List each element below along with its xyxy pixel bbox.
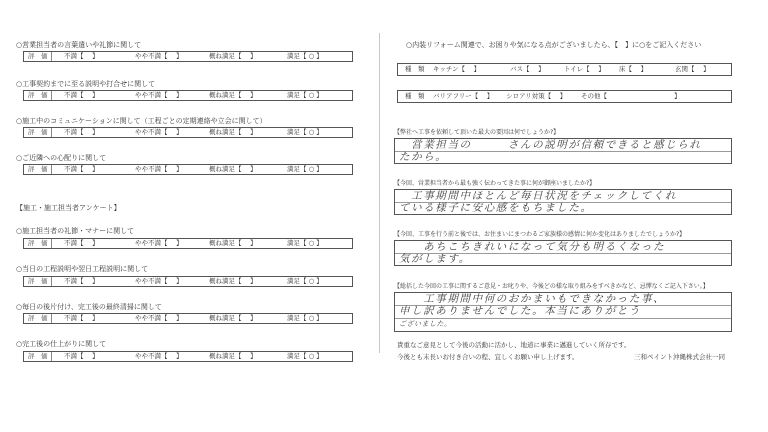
- rating-divider: [51, 165, 52, 174]
- rating-option-satisfied[interactable]: 満足【 ○ 】: [287, 165, 323, 174]
- category-termite[interactable]: シロアリ対策【 】: [506, 91, 566, 102]
- rating-head: 評 価: [28, 277, 48, 286]
- rating-option-mostly-satisfied[interactable]: 概ね満足【 】: [209, 52, 257, 61]
- question-label: ○ご近隣への心配りに関して: [16, 154, 106, 163]
- rating-option-mostly-satisfied[interactable]: 概ね満足【 】: [209, 128, 257, 137]
- rating-head: 評 価: [28, 128, 48, 137]
- rating-divider: [51, 352, 52, 361]
- rating-divider: [51, 52, 52, 61]
- rating-divider: [51, 91, 52, 100]
- rating-row: 評 価 不満【 】 やや不満【 】 概ね満足【 】 満足【 ○ 】: [23, 127, 353, 138]
- section-title: 【施工・施工担当者アンケート】: [16, 204, 121, 213]
- page-divider: [379, 33, 380, 353]
- handwritten-line: たから。: [399, 151, 447, 164]
- question-label: ○毎日の後片付け、完工後の最終清掃に関して: [16, 303, 162, 312]
- rating-option-somewhat-dissatisfied[interactable]: やや不満【 】: [135, 352, 183, 361]
- rating-option-satisfied[interactable]: 満足【 ○ 】: [287, 314, 323, 323]
- rating-option-somewhat-dissatisfied[interactable]: やや不満【 】: [135, 165, 183, 174]
- rating-option-dissatisfied[interactable]: 不満【 】: [64, 314, 99, 323]
- category-bath[interactable]: バス【 】: [510, 64, 545, 75]
- category-row: 種 類 キッチン【 】 バス【 】 トイレ【 】 床【 】 玄関【 】: [397, 63, 732, 76]
- rating-option-mostly-satisfied[interactable]: 概ね満足【 】: [209, 239, 257, 248]
- question-label: ○工事契約までに至る説明や打合せに関して: [16, 80, 155, 89]
- rating-option-dissatisfied[interactable]: 不満【 】: [64, 277, 99, 286]
- handwritten-line: ございました。: [399, 320, 452, 328]
- category-floor[interactable]: 床【 】: [619, 64, 647, 75]
- question-label: ○施工担当者の礼節・マナーに関して: [16, 227, 134, 236]
- rating-option-satisfied[interactable]: 満足【 ○ 】: [287, 239, 323, 248]
- question-label: ○施工中のコミュニケーションに関して（工程ごとの定期連絡や立会に関して）: [16, 117, 267, 126]
- rating-option-dissatisfied[interactable]: 不満【 】: [64, 352, 99, 361]
- rating-head: 評 価: [28, 52, 48, 61]
- question-label: ○完工後の仕上がりに関して: [16, 340, 106, 349]
- rating-head: 評 価: [28, 239, 48, 248]
- free-answer-box[interactable]: 営業担当の さんの説明が信頼できると感じられ たから。: [394, 138, 732, 164]
- rating-head: 評 価: [28, 165, 48, 174]
- rating-divider: [51, 277, 52, 286]
- rating-option-mostly-satisfied[interactable]: 概ね満足【 】: [209, 277, 257, 286]
- rating-option-satisfied[interactable]: 満足【 ○ 】: [287, 128, 323, 137]
- rating-option-somewhat-dissatisfied[interactable]: やや不満【 】: [135, 52, 183, 61]
- handwritten-line: 申し訳ありませんでした。本当にありがとう: [399, 305, 641, 318]
- rating-row: 評 価 不満【 】 やや不満【 】 概ね満足【 】 満足【 ○ 】: [23, 51, 353, 62]
- free-answer-title: 【今回、営業担当者から最も強く伝わってきた事に何が御座いましたか?】: [394, 180, 595, 188]
- category-toilet[interactable]: トイレ【 】: [564, 64, 605, 75]
- handwritten-line: 気がします。: [399, 253, 471, 266]
- rating-option-dissatisfied[interactable]: 不満【 】: [64, 128, 99, 137]
- question-label: ○当日の工程説明や翌日工程説明に関して: [16, 265, 148, 274]
- rating-divider: [51, 239, 52, 248]
- rating-option-somewhat-dissatisfied[interactable]: やや不満【 】: [135, 277, 183, 286]
- rating-option-satisfied[interactable]: 満足【 ○ 】: [287, 52, 323, 61]
- rating-option-dissatisfied[interactable]: 不満【 】: [64, 165, 99, 174]
- category-kitchen[interactable]: キッチン【 】: [433, 64, 480, 75]
- free-answer-box[interactable]: 工事期間中何のおかまいもできなかった事、 申し訳ありませんでした。本当にありがと…: [394, 292, 732, 332]
- rating-head: 評 価: [28, 352, 48, 361]
- rating-option-somewhat-dissatisfied[interactable]: やや不満【 】: [135, 128, 183, 137]
- rating-option-dissatisfied[interactable]: 不満【 】: [64, 239, 99, 248]
- rating-option-dissatisfied[interactable]: 不満【 】: [64, 91, 99, 100]
- category-head: 種 類: [405, 91, 425, 102]
- survey-page-left: ○営業担当者の言葉遣いや礼節に関して 評 価 不満【 】 やや不満【 】 概ね満…: [0, 0, 380, 432]
- rating-row: 評 価 不満【 】 やや不満【 】 概ね満足【 】 満足【 ○ 】: [23, 276, 353, 287]
- free-answer-box[interactable]: あちこちきれいになって気分も明るくなった 気がします。: [394, 240, 732, 266]
- handwritten-line: ている様子に安心感をもちました。: [399, 202, 593, 215]
- rating-option-dissatisfied[interactable]: 不満【 】: [64, 52, 99, 61]
- free-answer-title: 【今回、工事を行う前と後では、お住まいにまつわるご家族様の感情に何か変化はありま…: [394, 231, 685, 239]
- question-label: ○営業担当者の言葉遣いや礼節に関して: [16, 41, 141, 50]
- reform-question: ○内装リフォーム関連で、お困りや気になる点がございましたら、【 】に○をご記入く…: [406, 41, 701, 50]
- rating-option-satisfied[interactable]: 満足【 ○ 】: [287, 277, 323, 286]
- rating-option-satisfied[interactable]: 満足【 ○ 】: [287, 91, 323, 100]
- free-answer-box[interactable]: 工事期間中ほとんど毎日状況をチェックしてくれ ている様子に安心感をもちました。: [394, 189, 732, 215]
- rating-option-mostly-satisfied[interactable]: 概ね満足【 】: [209, 91, 257, 100]
- free-answer-title: 【総括した今回の工事に関するご意見・お叱りや、今後どの様な取り組みをすべきかなど…: [394, 283, 709, 291]
- rating-divider: [51, 128, 52, 137]
- rating-divider: [51, 314, 52, 323]
- rating-option-somewhat-dissatisfied[interactable]: やや不満【 】: [135, 314, 183, 323]
- rating-option-somewhat-dissatisfied[interactable]: やや不満【 】: [135, 239, 183, 248]
- rating-option-mostly-satisfied[interactable]: 概ね満足【 】: [209, 314, 257, 323]
- rating-option-somewhat-dissatisfied[interactable]: やや不満【 】: [135, 91, 183, 100]
- closing-message-line-2: 今後とも末長いお付き合いの程、宜しくお願い申し上げます。: [397, 353, 578, 362]
- rating-row: 評 価 不満【 】 やや不満【 】 概ね満足【 】 満足【 ○ 】: [23, 90, 353, 101]
- category-head: 種 類: [405, 64, 425, 75]
- rating-option-mostly-satisfied[interactable]: 概ね満足【 】: [209, 352, 257, 361]
- free-answer-title: 【弊社へ工事を依頼して頂いた最大の要因は何でしょうか?】: [394, 129, 559, 137]
- company-signature: 三和ペイント沖縄株式会社一同: [634, 353, 725, 362]
- closing-message-line-1: 貴重なご意見として今後の活動に活かし、地道に事業に邁進していく所存です。: [397, 341, 630, 350]
- rating-row: 評 価 不満【 】 やや不満【 】 概ね満足【 】 満足【 ○ 】: [23, 238, 353, 249]
- rating-head: 評 価: [28, 91, 48, 100]
- rating-option-mostly-satisfied[interactable]: 概ね満足【 】: [209, 165, 257, 174]
- rating-option-satisfied[interactable]: 満足【 ○ 】: [287, 352, 323, 361]
- survey-page-right: ○内装リフォーム関連で、お困りや気になる点がございましたら、【 】に○をご記入く…: [384, 0, 768, 432]
- rating-row: 評 価 不満【 】 やや不満【 】 概ね満足【 】 満足【 ○ 】: [23, 313, 353, 324]
- rating-row: 評 価 不満【 】 やや不満【 】 概ね満足【 】 満足【 ○ 】: [23, 351, 353, 362]
- category-row: 種 類 バリアフリー【 】 シロアリ対策【 】 その他【 】: [397, 90, 732, 103]
- rating-row: 評 価 不満【 】 やや不満【 】 概ね満足【 】 満足【 ○ 】: [23, 164, 353, 175]
- category-other[interactable]: その他【 】: [581, 91, 681, 102]
- category-entrance[interactable]: 玄関【 】: [675, 64, 710, 75]
- rating-head: 評 価: [28, 314, 48, 323]
- category-barrier-free[interactable]: バリアフリー【 】: [433, 91, 493, 102]
